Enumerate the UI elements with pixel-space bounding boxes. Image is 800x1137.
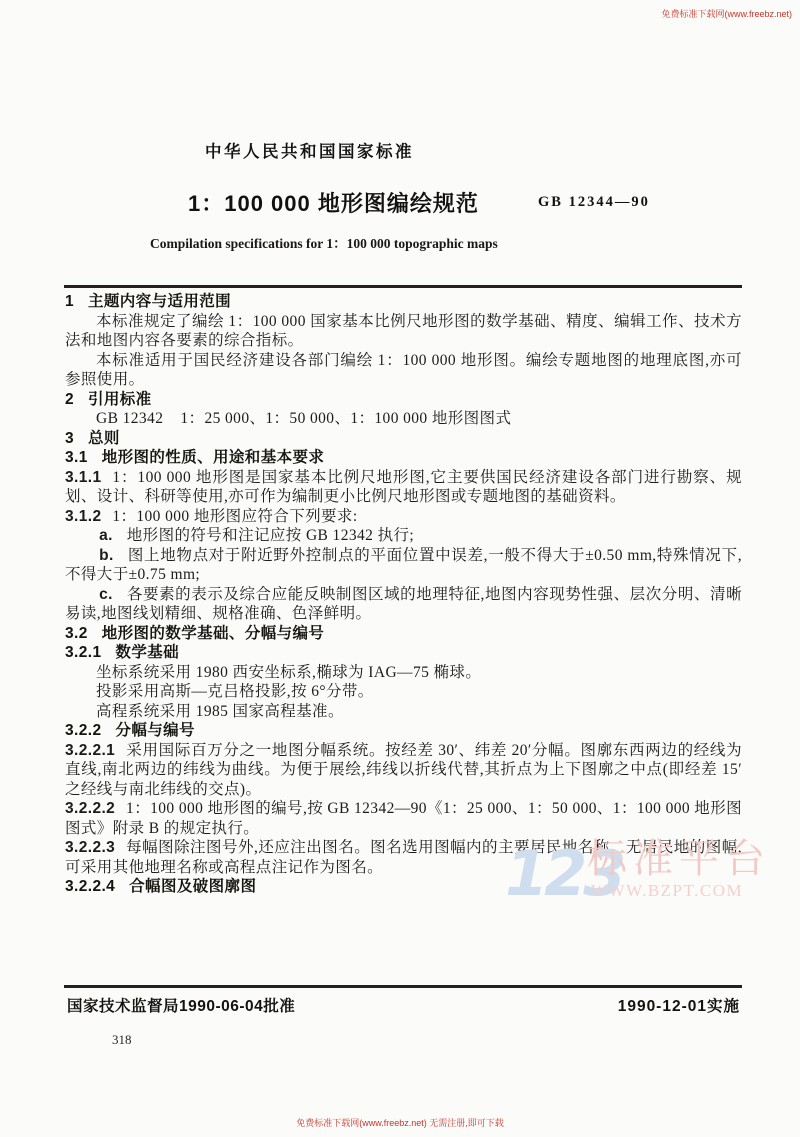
standard-code: GB 12344—90 xyxy=(538,194,650,211)
clause-text: 1：100 000 地形图是国家基本比例尺地形图,它主要供国民经济建设各部门进行… xyxy=(65,469,742,506)
list-item-b: b.图上地物点对于附近野外控制点的平面位置中误差,一般不得大于±0.50 mm,… xyxy=(65,546,742,585)
numbered-paragraph-3-2-2-2: 3.2.2.21：100 000 地形图的编号,按 GB 12342—90《1：… xyxy=(65,799,742,838)
document-body: 1主题内容与适用范围 本标准规定了编绘 1：100 000 国家基本比例尺地形图… xyxy=(65,292,742,897)
clause-number: 3.2.2.1 xyxy=(65,742,115,759)
item-text: 各要素的表示及综合应能反映制图区域的地理特征,地图内容现势性强、层次分明、清晰易… xyxy=(65,586,742,623)
paragraph: 本标准适用于国民经济建设各部门编绘 1：100 000 地形图。编绘专题地图的地… xyxy=(65,351,742,390)
subsection-heading-3-1: 3.1地形图的性质、用途和基本要求 xyxy=(65,448,742,468)
item-text: 地形图的符号和注记应按 GB 12342 执行; xyxy=(127,527,414,544)
clause-text: 1：100 000 地形图的编号,按 GB 12342—90《1：25 000、… xyxy=(65,800,742,837)
section-title: 分幅与编号 xyxy=(115,722,195,739)
footer-divider xyxy=(64,985,742,988)
paragraph: 投影采用高斯—克吕格投影,按 6°分带。 xyxy=(65,682,742,702)
country-standard-title: 中华人民共和国国家标准 xyxy=(205,138,414,162)
clause-number: 3.2.2.3 xyxy=(65,839,115,856)
section-title: 总则 xyxy=(88,430,120,447)
clause-text: 1：100 000 地形图应符合下列要求: xyxy=(112,508,357,525)
section-heading-2: 2引用标准 xyxy=(65,390,742,410)
numbered-paragraph-3-1-2: 3.1.21：100 000 地形图应符合下列要求: xyxy=(65,507,742,527)
section-number: 3 xyxy=(65,430,74,447)
numbered-paragraph-3-2-2-3: 3.2.2.3每幅图除注图号外,还应注出图名。图名选用图幅内的主要居民地名称。无… xyxy=(65,838,742,877)
header-divider xyxy=(64,285,742,288)
english-title: Compilation specifications for 1：100 000… xyxy=(150,232,498,252)
list-item-c: c.各要素的表示及综合应能反映制图区域的地理特征,地图内容现势性强、层次分明、清… xyxy=(65,585,742,624)
section-title: 地形图的数学基础、分幅与编号 xyxy=(102,625,325,642)
numbered-paragraph-3-1-1: 3.1.11：100 000 地形图是国家基本比例尺地形图,它主要供国民经济建设… xyxy=(65,468,742,507)
clause-text: 每幅图除注图号外,还应注出图名。图名选用图幅内的主要居民地名称。无居民地的图幅,… xyxy=(65,839,742,876)
document-title: 1：100 000 地形图编绘规范 xyxy=(188,187,479,218)
page-number: 318 xyxy=(112,1032,132,1048)
implementation-date: 1990-12-01实施 xyxy=(618,994,740,1016)
section-number: 3.2.2 xyxy=(65,722,101,739)
section-title: 地形图的性质、用途和基本要求 xyxy=(102,449,325,466)
clause-number: 3.1.2 xyxy=(65,508,101,525)
referenced-standard-title: 1：25 000、1：50 000、1：100 000 地形图图式 xyxy=(180,410,511,427)
clause-number: 3.1.1 xyxy=(65,469,101,486)
clause-text: 采用国际百万分之一地图分幅系统。按经差 30′、纬差 20′分幅。图廓东西两边的… xyxy=(65,742,742,798)
numbered-paragraph-3-2-2-1: 3.2.2.1采用国际百万分之一地图分幅系统。按经差 30′、纬差 20′分幅。… xyxy=(65,741,742,800)
section-number: 3.2.1 xyxy=(65,644,101,661)
item-text: 图上地物点对于附近野外控制点的平面位置中误差,一般不得大于±0.50 mm,特殊… xyxy=(65,547,742,584)
approval-note: 国家技术监督局1990-06-04批准 xyxy=(67,994,295,1016)
subsection-heading-3-2: 3.2地形图的数学基础、分幅与编号 xyxy=(65,624,742,644)
item-letter: c. xyxy=(99,586,113,603)
section-number: 3.1 xyxy=(65,449,88,466)
section-title: 主题内容与适用范围 xyxy=(88,293,231,310)
section-number: 1 xyxy=(65,293,74,310)
item-letter: b. xyxy=(99,547,114,564)
document-page: 免费标准下载网(www.freebz.net) 中华人民共和国国家标准 1：10… xyxy=(0,0,800,1137)
paragraph: 高程系统采用 1985 国家高程基准。 xyxy=(65,702,742,722)
item-letter: a. xyxy=(99,527,113,544)
referenced-standard-code: GB 12342 xyxy=(96,410,163,427)
list-item-a: a.地形图的符号和注记应按 GB 12342 执行; xyxy=(65,526,742,546)
download-site-note-bottom: 免费标准下载网(www.freebz.net) 无需注册,即可下载 xyxy=(0,1116,800,1129)
paragraph: 坐标系统采用 1980 西安坐标系,椭球为 IAG—75 椭球。 xyxy=(65,663,742,683)
section-heading-1: 1主题内容与适用范围 xyxy=(65,292,742,312)
section-title: 引用标准 xyxy=(88,391,152,408)
section-heading-3: 3总则 xyxy=(65,429,742,449)
paragraph: 本标准规定了编绘 1：100 000 国家基本比例尺地形图的数学基础、精度、编辑… xyxy=(65,312,742,351)
subsection-heading-3-2-2: 3.2.2分幅与编号 xyxy=(65,721,742,741)
referenced-standard: GB 123421：25 000、1：50 000、1：100 000 地形图图… xyxy=(65,409,742,429)
section-number: 2 xyxy=(65,391,74,408)
subsection-heading-3-2-1: 3.2.1数学基础 xyxy=(65,643,742,663)
clause-number: 3.2.2.2 xyxy=(65,800,115,817)
section-title: 合幅图及破图廓图 xyxy=(129,878,256,895)
section-title: 数学基础 xyxy=(115,644,179,661)
section-number: 3.2 xyxy=(65,625,88,642)
subsection-heading-3-2-2-4: 3.2.2.4合幅图及破图廓图 xyxy=(65,877,742,897)
download-site-note-top: 免费标准下载网(www.freebz.net) xyxy=(661,7,792,20)
section-number: 3.2.2.4 xyxy=(65,878,115,895)
